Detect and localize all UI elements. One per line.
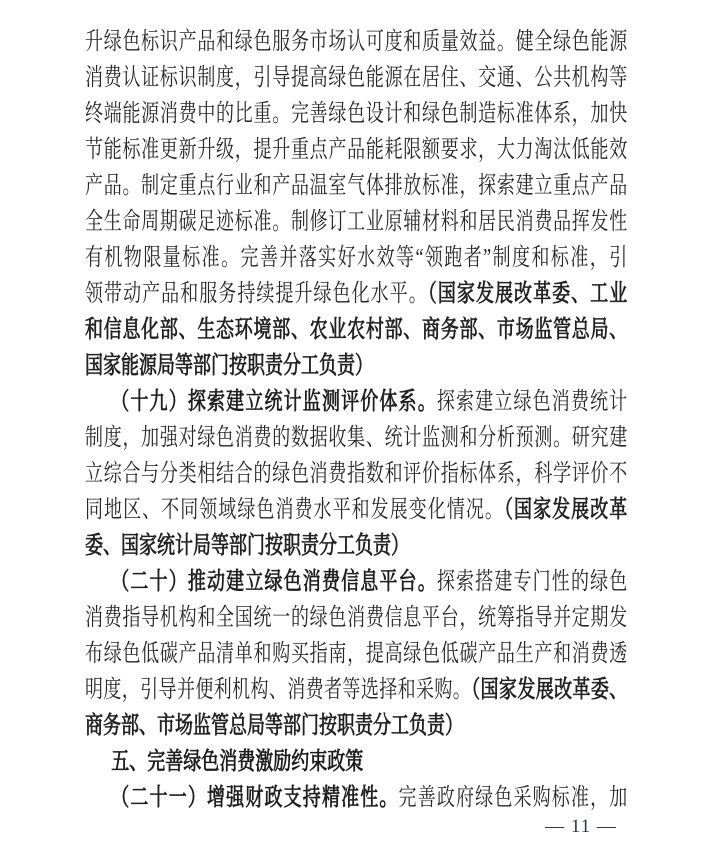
document-line: （二十一）增强财政支持精准性。完善政府绿色采购标准，加 — [85, 780, 627, 816]
document-line: 委、国家统计局等部门按职责分工负责） — [85, 528, 627, 564]
text-segment-body: 全生命周期碳足迹标准。制修订工业原辅材料和居民消费品挥发性 — [85, 209, 627, 235]
text-segment-body: 制度，加强对绿色消费的数据收集、统计监测和分析预测。研究建 — [85, 425, 627, 451]
text-segment-body: 完善政府绿色采购标准，加 — [399, 785, 628, 811]
text-segment-body: 立综合与分类相结合的绿色消费指数和评价指标体系，科学评价不 — [85, 461, 627, 487]
document-page: 升绿色标识产品和绿色服务市场认可度和质量效益。健全绿色能源消费认证标识制度，引导… — [0, 0, 717, 849]
document-line: （二十）推动建立绿色消费信息平台。探索搭建专门性的绿色 — [85, 564, 627, 600]
document-line: 终端能源消费中的比重。完善绿色设计和绿色制造标准体系，加快 — [85, 96, 627, 132]
text-segment-heading: 五、完善绿色消费激励约束政策 — [111, 748, 363, 775]
text-segment-body: 升绿色标识产品和绿色服务市场认可度和质量效益。健全绿色能源 — [85, 29, 627, 55]
document-line: 同地区、不同领域绿色消费水平和发展变化情况。（国家发展改革 — [85, 492, 627, 528]
document-line: 消费认证标识制度，引导提高绿色能源在居住、交通、公共机构等 — [85, 60, 627, 96]
text-segment-body: 领带动产品和服务持续提升绿色化水平。 — [85, 281, 428, 307]
text-segment-body: 节能标准更新升级，提升重点产品能耗限额要求，大力淘汰低能效 — [85, 137, 627, 163]
document-line: 布绿色低碳产品清单和购买指南，提高绿色低碳产品生产和消费透 — [85, 636, 627, 672]
text-segment-body: 消费认证标识制度，引导提高绿色能源在居住、交通、公共机构等 — [85, 65, 627, 91]
document-line: 升绿色标识产品和绿色服务市场认可度和质量效益。健全绿色能源 — [85, 24, 627, 60]
text-segment-kaiti: 和信息化部、生态环境部、农业农村部、商务部、市场监管总局、 — [85, 317, 627, 343]
document-line: 制度，加强对绿色消费的数据收集、统计监测和分析预测。研究建 — [85, 420, 627, 456]
text-segment-body: 有机物限量标准。完善并落实好水效等“领跑者”制度和标准，引 — [85, 245, 627, 271]
document-line: 全生命周期碳足迹标准。制修订工业原辅材料和居民消费品挥发性 — [85, 204, 627, 240]
text-segment-kaiti: 商务部、市场监管总局等部门按职责分工负责） — [85, 713, 463, 739]
text-segment-kaiti: （国家发展改革 — [504, 497, 627, 523]
text-segment-body: 消费指导机构和全国统一的绿色消费信息平台，统筹指导并定期发 — [85, 605, 627, 631]
text-segment-body: 探索搭建专门性的绿色 — [437, 569, 627, 595]
document-line: 节能标准更新升级，提升重点产品能耗限额要求，大力淘汰低能效 — [85, 132, 627, 168]
document-line: 有机物限量标准。完善并落实好水效等“领跑者”制度和标准，引 — [85, 240, 627, 276]
text-segment-kaiti: （国家发展改革委、工业 — [428, 281, 627, 307]
text-segment-body: 布绿色低碳产品清单和购买指南，提高绿色低碳产品生产和消费透 — [85, 641, 627, 667]
document-line: 和信息化部、生态环境部、农业农村部、商务部、市场监管总局、 — [85, 312, 627, 348]
text-segment-lead: （二十一）增强财政支持精准性。 — [111, 785, 398, 811]
page-number: — 11 — — [538, 813, 624, 841]
document-line: 国家能源局等部门按职责分工负责） — [85, 348, 627, 384]
document-line: 产品。制定重点行业和产品温室气体排放标准，探索建立重点产品 — [85, 168, 627, 204]
document-line: 商务部、市场监管总局等部门按职责分工负责） — [85, 708, 627, 744]
text-segment-body: 终端能源消费中的比重。完善绿色设计和绿色制造标准体系，加快 — [85, 101, 627, 127]
section-heading: 五、完善绿色消费激励约束政策 — [85, 744, 627, 780]
document-line: 消费指导机构和全国统一的绿色消费信息平台，统筹指导并定期发 — [85, 600, 627, 636]
text-segment-body: 产品。制定重点行业和产品温室气体排放标准，探索建立重点产品 — [85, 173, 627, 199]
text-segment-body: 同地区、不同领域绿色消费水平和发展变化情况。 — [85, 497, 504, 523]
document-line: 立综合与分类相结合的绿色消费指数和评价指标体系，科学评价不 — [85, 456, 627, 492]
text-segment-kaiti: （国家发展改革委、 — [471, 677, 627, 703]
document-line: 明度，引导并便利机构、消费者等选择和采购。（国家发展改革委、 — [85, 672, 627, 708]
text-segment-body: 探索建立绿色消费统计 — [437, 389, 627, 415]
document-body: 升绿色标识产品和绿色服务市场认可度和质量效益。健全绿色能源消费认证标识制度，引导… — [85, 24, 627, 816]
text-segment-body: 明度，引导并便利机构、消费者等选择和采购。 — [85, 677, 471, 703]
text-segment-kaiti: 国家能源局等部门按职责分工负责） — [85, 353, 373, 379]
document-line: （十九）探索建立统计监测评价体系。探索建立绿色消费统计 — [85, 384, 627, 420]
text-segment-kaiti: 委、国家统计局等部门按职责分工负责） — [85, 533, 409, 559]
text-segment-lead: （十九）探索建立统计监测评价体系。 — [111, 389, 437, 415]
document-line: 领带动产品和服务持续提升绿色化水平。（国家发展改革委、工业 — [85, 276, 627, 312]
text-segment-lead: （二十）推动建立绿色消费信息平台。 — [111, 569, 437, 595]
